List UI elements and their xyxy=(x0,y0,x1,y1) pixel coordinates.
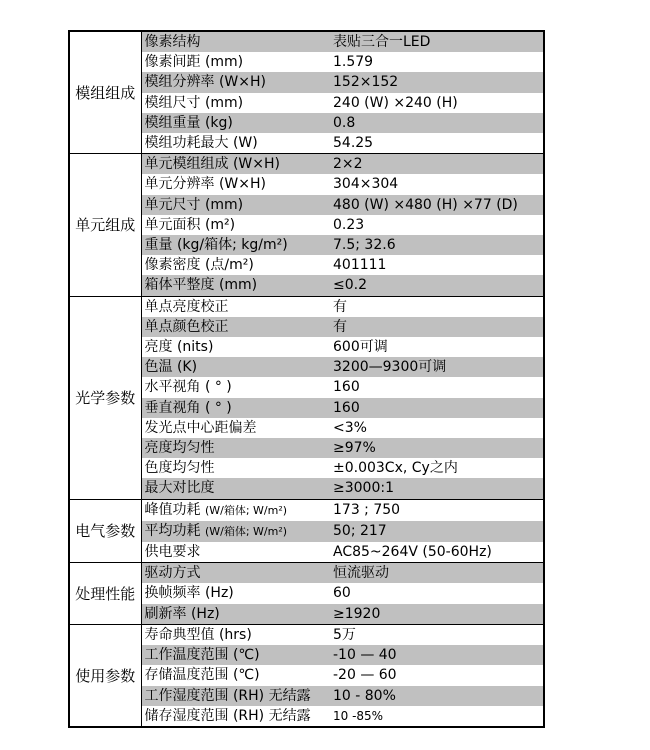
spec-row: 平均功耗 (W/箱体; W/m²)50; 217 xyxy=(69,521,544,542)
spec-label-cell: 单点亮度校正 xyxy=(141,296,331,317)
spec-value-cell: 152×152 xyxy=(331,72,544,92)
spec-row: 垂直视角 ( ° )160 xyxy=(69,398,544,418)
spec-label-cell: 重量 (kg/箱体; kg/m²) xyxy=(141,235,331,255)
spec-value-cell: 0.8 xyxy=(331,113,544,133)
spec-label-text: 存储温度范围 (℃) xyxy=(145,667,260,683)
spec-row: 单元面积 (m²)0.23 xyxy=(69,215,544,235)
spec-label-text: 模组重量 (kg) xyxy=(145,115,233,131)
spec-section: 单元组成单元模组组成 (W×H)2×2单元分辨率 (W×H)304×304单元尺… xyxy=(69,154,544,296)
spec-value-cell: 60 xyxy=(331,583,544,603)
spec-label-text: 换帧频率 (Hz) xyxy=(145,585,234,601)
spec-value-cell: 304×304 xyxy=(331,174,544,194)
spec-value-cell: 5万 xyxy=(331,624,544,645)
spec-value-cell: 7.5; 32.6 xyxy=(331,235,544,255)
spec-value-cell: 2×2 xyxy=(331,154,544,175)
spec-label-text: 单元分辨率 (W×H) xyxy=(145,176,266,192)
spec-label-cell: 像素结构 xyxy=(141,31,331,52)
spec-label-text: 模组尺寸 (mm) xyxy=(145,95,244,111)
spec-value-cell: 480 (W) ×480 (H) ×77 (D) xyxy=(331,195,544,215)
spec-value-cell: 有 xyxy=(331,296,544,317)
section-name-cell: 单元组成 xyxy=(69,154,141,296)
spec-label-text: 单元尺寸 (mm) xyxy=(145,197,244,213)
spec-label-text: 供电要求 xyxy=(145,544,201,560)
spec-label-cell: 色度均匀性 xyxy=(141,458,331,478)
spec-value-cell: ≥1920 xyxy=(331,604,544,625)
spec-row: 单元组成单元模组组成 (W×H)2×2 xyxy=(69,154,544,175)
spec-value-cell: -10 — 40 xyxy=(331,645,544,665)
spec-row: 最大对比度≥3000:1 xyxy=(69,478,544,499)
led-spec-table: 模组组成像素结构表贴三合一LED像素间距 (mm)1.579模组分辨率 (W×H… xyxy=(68,30,545,728)
spec-label-cell: 驱动方式 xyxy=(141,563,331,584)
spec-row: 水平视角 ( ° )160 xyxy=(69,377,544,397)
spec-row: 单点颜色校正有 xyxy=(69,317,544,337)
spec-row: 单元尺寸 (mm)480 (W) ×480 (H) ×77 (D) xyxy=(69,195,544,215)
spec-sheet: 模组组成像素结构表贴三合一LED像素间距 (mm)1.579模组分辨率 (W×H… xyxy=(0,0,650,750)
spec-row: 色温 (K)3200—9300可调 xyxy=(69,357,544,377)
section-name-cell: 处理性能 xyxy=(69,563,141,625)
spec-label-text: 亮度 (nits) xyxy=(145,339,214,355)
spec-value-cell: 0.23 xyxy=(331,215,544,235)
spec-label-cell: 箱体平整度 (mm) xyxy=(141,275,331,296)
spec-label-cell: 亮度 (nits) xyxy=(141,337,331,357)
spec-label-cell: 存储温度范围 (℃) xyxy=(141,665,331,685)
spec-row: 模组尺寸 (mm)240 (W) ×240 (H) xyxy=(69,93,544,113)
spec-label-text: 水平视角 ( ° ) xyxy=(145,379,232,395)
spec-label-text: 寿命典型值 (hrs) xyxy=(145,627,252,643)
spec-value-cell: 160 xyxy=(331,398,544,418)
spec-label-cell: 单元模组组成 (W×H) xyxy=(141,154,331,175)
spec-row: 重量 (kg/箱体; kg/m²)7.5; 32.6 xyxy=(69,235,544,255)
spec-row: 存储温度范围 (℃)-20 — 60 xyxy=(69,665,544,685)
spec-label-unit: (W/箱体; W/m²) xyxy=(205,504,287,517)
spec-row: 模组组成像素结构表贴三合一LED xyxy=(69,31,544,52)
spec-value-cell: 54.25 xyxy=(331,133,544,154)
spec-label-text: 驱动方式 xyxy=(145,565,201,581)
spec-label-cell: 单元尺寸 (mm) xyxy=(141,195,331,215)
spec-value-cell: ±0.003Cx, Cy之内 xyxy=(331,458,544,478)
spec-row: 电气参数峰值功耗 (W/箱体; W/m²)173 ; 750 xyxy=(69,499,544,521)
spec-label-cell: 单点颜色校正 xyxy=(141,317,331,337)
spec-label-cell: 最大对比度 xyxy=(141,478,331,499)
spec-label-text: 模组功耗最大 (W) xyxy=(145,135,258,151)
section-name-cell: 电气参数 xyxy=(69,499,141,563)
spec-section: 处理性能驱动方式恒流驱动换帧频率 (Hz)60刷新率 (Hz)≥1920 xyxy=(69,563,544,625)
spec-label-text: 最大对比度 xyxy=(145,480,215,496)
spec-label-text: 亮度均匀性 xyxy=(145,440,215,456)
spec-row: 亮度 (nits)600可调 xyxy=(69,337,544,357)
spec-section: 模组组成像素结构表贴三合一LED像素间距 (mm)1.579模组分辨率 (W×H… xyxy=(69,31,544,154)
spec-row: 刷新率 (Hz)≥1920 xyxy=(69,604,544,625)
spec-label-cell: 模组重量 (kg) xyxy=(141,113,331,133)
spec-label-cell: 亮度均匀性 xyxy=(141,438,331,458)
spec-value-cell: 3200—9300可调 xyxy=(331,357,544,377)
spec-label-cell: 单元面积 (m²) xyxy=(141,215,331,235)
spec-row: 发光点中心距偏差<3% xyxy=(69,418,544,438)
spec-label-text: 单点亮度校正 xyxy=(145,299,229,315)
spec-value-cell: ≥3000:1 xyxy=(331,478,544,499)
spec-section: 光学参数单点亮度校正有单点颜色校正有亮度 (nits)600可调色温 (K)32… xyxy=(69,296,544,499)
spec-label-text: 箱体平整度 (mm) xyxy=(145,277,258,293)
spec-value-cell: ≥97% xyxy=(331,438,544,458)
spec-value-cell: 10 - 80% xyxy=(331,686,544,706)
spec-label-cell: 平均功耗 (W/箱体; W/m²) xyxy=(141,521,331,542)
spec-value-cell: <3% xyxy=(331,418,544,438)
spec-value-cell: -20 — 60 xyxy=(331,665,544,685)
spec-value-cell: 600可调 xyxy=(331,337,544,357)
spec-label-cell: 峰值功耗 (W/箱体; W/m²) xyxy=(141,499,331,521)
spec-label-cell: 供电要求 xyxy=(141,542,331,563)
spec-row: 箱体平整度 (mm)≤0.2 xyxy=(69,275,544,296)
spec-label-text: 峰值功耗 xyxy=(145,502,201,518)
spec-row: 模组分辨率 (W×H)152×152 xyxy=(69,72,544,92)
spec-section: 电气参数峰值功耗 (W/箱体; W/m²)173 ; 750平均功耗 (W/箱体… xyxy=(69,499,544,563)
spec-row: 光学参数单点亮度校正有 xyxy=(69,296,544,317)
spec-value-cell: 10 -85% xyxy=(331,706,544,727)
spec-label-text: 单元面积 (m²) xyxy=(145,217,236,233)
spec-value-cell: 401111 xyxy=(331,255,544,275)
spec-label-cell: 换帧频率 (Hz) xyxy=(141,583,331,603)
spec-row: 单元分辨率 (W×H)304×304 xyxy=(69,174,544,194)
spec-label-cell: 发光点中心距偏差 xyxy=(141,418,331,438)
spec-label-cell: 像素间距 (mm) xyxy=(141,52,331,72)
spec-row: 工作湿度范围 (RH) 无结露10 - 80% xyxy=(69,686,544,706)
spec-label-text: 工作温度范围 (℃) xyxy=(145,647,260,663)
spec-row: 像素间距 (mm)1.579 xyxy=(69,52,544,72)
spec-label-text: 发光点中心距偏差 xyxy=(145,420,257,436)
spec-label-cell: 色温 (K) xyxy=(141,357,331,377)
spec-value-cell: 160 xyxy=(331,377,544,397)
spec-label-text: 重量 (kg/箱体; kg/m²) xyxy=(145,237,288,253)
spec-label-cell: 模组分辨率 (W×H) xyxy=(141,72,331,92)
spec-label-unit: (W/箱体; W/m²) xyxy=(205,525,287,538)
spec-label-text: 单元模组组成 (W×H) xyxy=(145,156,280,172)
spec-label-text: 像素结构 xyxy=(145,34,201,50)
spec-label-cell: 刷新率 (Hz) xyxy=(141,604,331,625)
spec-label-text: 模组分辨率 (W×H) xyxy=(145,74,266,90)
spec-row: 供电要求AC85~264V (50-60Hz) xyxy=(69,542,544,563)
spec-label-cell: 寿命典型值 (hrs) xyxy=(141,624,331,645)
spec-value-cell: 240 (W) ×240 (H) xyxy=(331,93,544,113)
spec-label-cell: 工作湿度范围 (RH) 无结露 xyxy=(141,686,331,706)
spec-label-cell: 模组尺寸 (mm) xyxy=(141,93,331,113)
spec-label-cell: 单元分辨率 (W×H) xyxy=(141,174,331,194)
spec-row: 换帧频率 (Hz)60 xyxy=(69,583,544,603)
spec-value-cell: AC85~264V (50-60Hz) xyxy=(331,542,544,563)
spec-label-cell: 储存湿度范围 (RH) 无结露 xyxy=(141,706,331,727)
spec-label-text: 储存湿度范围 (RH) 无结露 xyxy=(145,708,311,724)
spec-value-cell: 1.579 xyxy=(331,52,544,72)
section-name-cell: 光学参数 xyxy=(69,296,141,499)
spec-row: 模组重量 (kg)0.8 xyxy=(69,113,544,133)
spec-value-cell: 有 xyxy=(331,317,544,337)
section-name-cell: 使用参数 xyxy=(69,624,141,727)
spec-row: 使用参数寿命典型值 (hrs)5万 xyxy=(69,624,544,645)
spec-label-text: 像素密度 (点/m²) xyxy=(145,257,254,273)
spec-label-cell: 模组功耗最大 (W) xyxy=(141,133,331,154)
spec-section: 使用参数寿命典型值 (hrs)5万工作温度范围 (℃)-10 — 40存储温度范… xyxy=(69,624,544,727)
spec-label-text: 工作湿度范围 (RH) 无结露 xyxy=(145,688,311,704)
section-name-cell: 模组组成 xyxy=(69,31,141,154)
spec-row: 处理性能驱动方式恒流驱动 xyxy=(69,563,544,584)
spec-value-cell: 50; 217 xyxy=(331,521,544,542)
spec-row: 色度均匀性±0.003Cx, Cy之内 xyxy=(69,458,544,478)
spec-label-text: 平均功耗 xyxy=(145,523,201,539)
spec-row: 工作温度范围 (℃)-10 — 40 xyxy=(69,645,544,665)
spec-label-text: 单点颜色校正 xyxy=(145,319,229,335)
spec-row: 像素密度 (点/m²)401111 xyxy=(69,255,544,275)
spec-label-cell: 水平视角 ( ° ) xyxy=(141,377,331,397)
spec-label-text: 刷新率 (Hz) xyxy=(145,606,220,622)
spec-label-cell: 像素密度 (点/m²) xyxy=(141,255,331,275)
spec-row: 储存湿度范围 (RH) 无结露10 -85% xyxy=(69,706,544,727)
spec-row: 亮度均匀性≥97% xyxy=(69,438,544,458)
spec-value-cell: 恒流驱动 xyxy=(331,563,544,584)
spec-label-text: 色温 (K) xyxy=(145,359,198,375)
spec-value-cell: 表贴三合一LED xyxy=(331,31,544,52)
spec-label-text: 垂直视角 ( ° ) xyxy=(145,400,232,416)
spec-label-cell: 垂直视角 ( ° ) xyxy=(141,398,331,418)
spec-value-cell: ≤0.2 xyxy=(331,275,544,296)
spec-label-text: 色度均匀性 xyxy=(145,460,215,476)
spec-label-cell: 工作温度范围 (℃) xyxy=(141,645,331,665)
spec-row: 模组功耗最大 (W)54.25 xyxy=(69,133,544,154)
spec-label-text: 像素间距 (mm) xyxy=(145,54,244,70)
spec-value-cell: 173 ; 750 xyxy=(331,499,544,521)
